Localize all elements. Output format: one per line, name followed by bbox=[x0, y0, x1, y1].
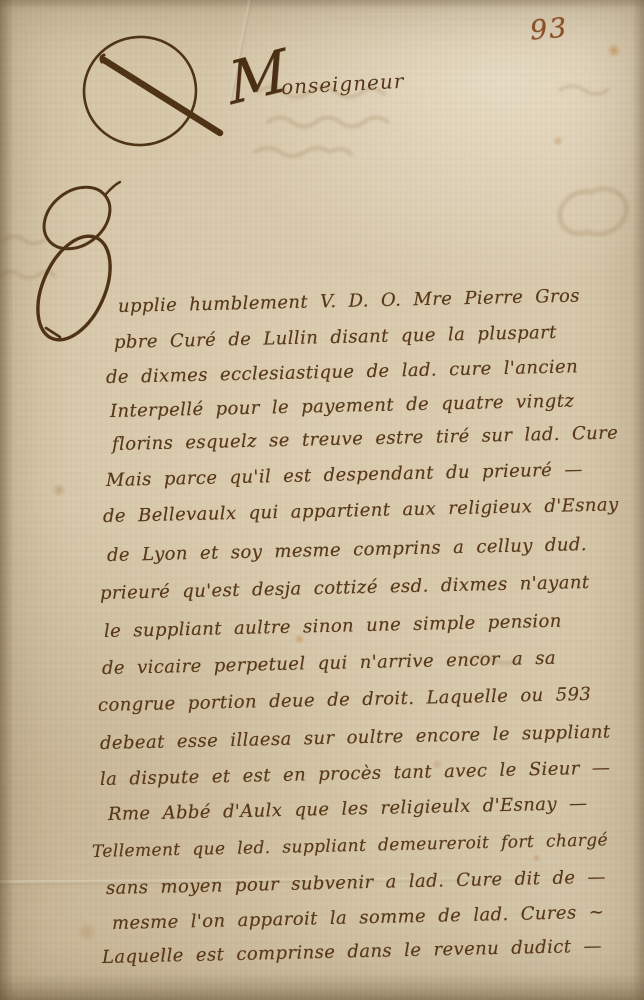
page-edge-top bbox=[0, 0, 644, 10]
manuscript-line: upplie humblement V. D. O. Mre Pierre Gr… bbox=[118, 286, 580, 317]
page-edge-right bbox=[632, 0, 644, 1000]
manuscript-line: pbre Curé de Lullin disant que la pluspa… bbox=[114, 322, 557, 353]
manuscript-page: 93 Monseigneur S upplie humblement V. D.… bbox=[0, 0, 644, 1000]
manuscript-line: de Lyon et soy mesme comprins a celluy d… bbox=[107, 534, 587, 566]
salutation: Monseigneur bbox=[228, 48, 411, 106]
page-edge-bottom bbox=[0, 974, 644, 1000]
manuscript-line: la dispute et est en procès tant avec le… bbox=[100, 757, 611, 790]
manuscript-line: prieuré qu'est desja cottizé esd. dixmes… bbox=[100, 572, 590, 604]
manuscript-line: florins esquelz se treuve estre tiré sur… bbox=[112, 423, 619, 455]
manuscript-line: congrue portion deue de droit. Laquelle … bbox=[98, 684, 592, 716]
manuscript-line: Laquelle est comprinse dans le revenu du… bbox=[102, 936, 602, 968]
manuscript-line: de vicaire perpetuel qui n'arrive encor … bbox=[102, 648, 557, 679]
page-edge-left bbox=[0, 0, 14, 1000]
salutation-rest: onseigneur bbox=[281, 69, 405, 99]
manuscript-line: mesme l'on apparoit la somme de lad. Cur… bbox=[112, 902, 605, 934]
folio-number: 93 bbox=[529, 12, 570, 46]
manuscript-line: Tellement que led. suppliant demeureroit… bbox=[92, 830, 608, 862]
manuscript-line: debeat esse illaesa sur oultre encore le… bbox=[100, 721, 611, 754]
manuscript-line: de dixmes ecclesiastique de lad. cure l'… bbox=[106, 356, 579, 388]
paraph-mark bbox=[80, 32, 240, 162]
manuscript-line: Mais parce qu'il est despendant du prieu… bbox=[106, 459, 583, 491]
manuscript-line: sans moyen pour subvenir a lad. Cure dit… bbox=[106, 867, 606, 899]
manuscript-line: de Bellevaulx qui appartient aux religie… bbox=[103, 494, 619, 527]
manuscript-line: le suppliant aultre sinon une simple pen… bbox=[104, 611, 562, 642]
manuscript-line: Interpellé pour le payement de quatre vi… bbox=[110, 390, 575, 422]
manuscript-line: Rme Abbé d'Aulx que les religieulx d'Esn… bbox=[108, 793, 588, 825]
